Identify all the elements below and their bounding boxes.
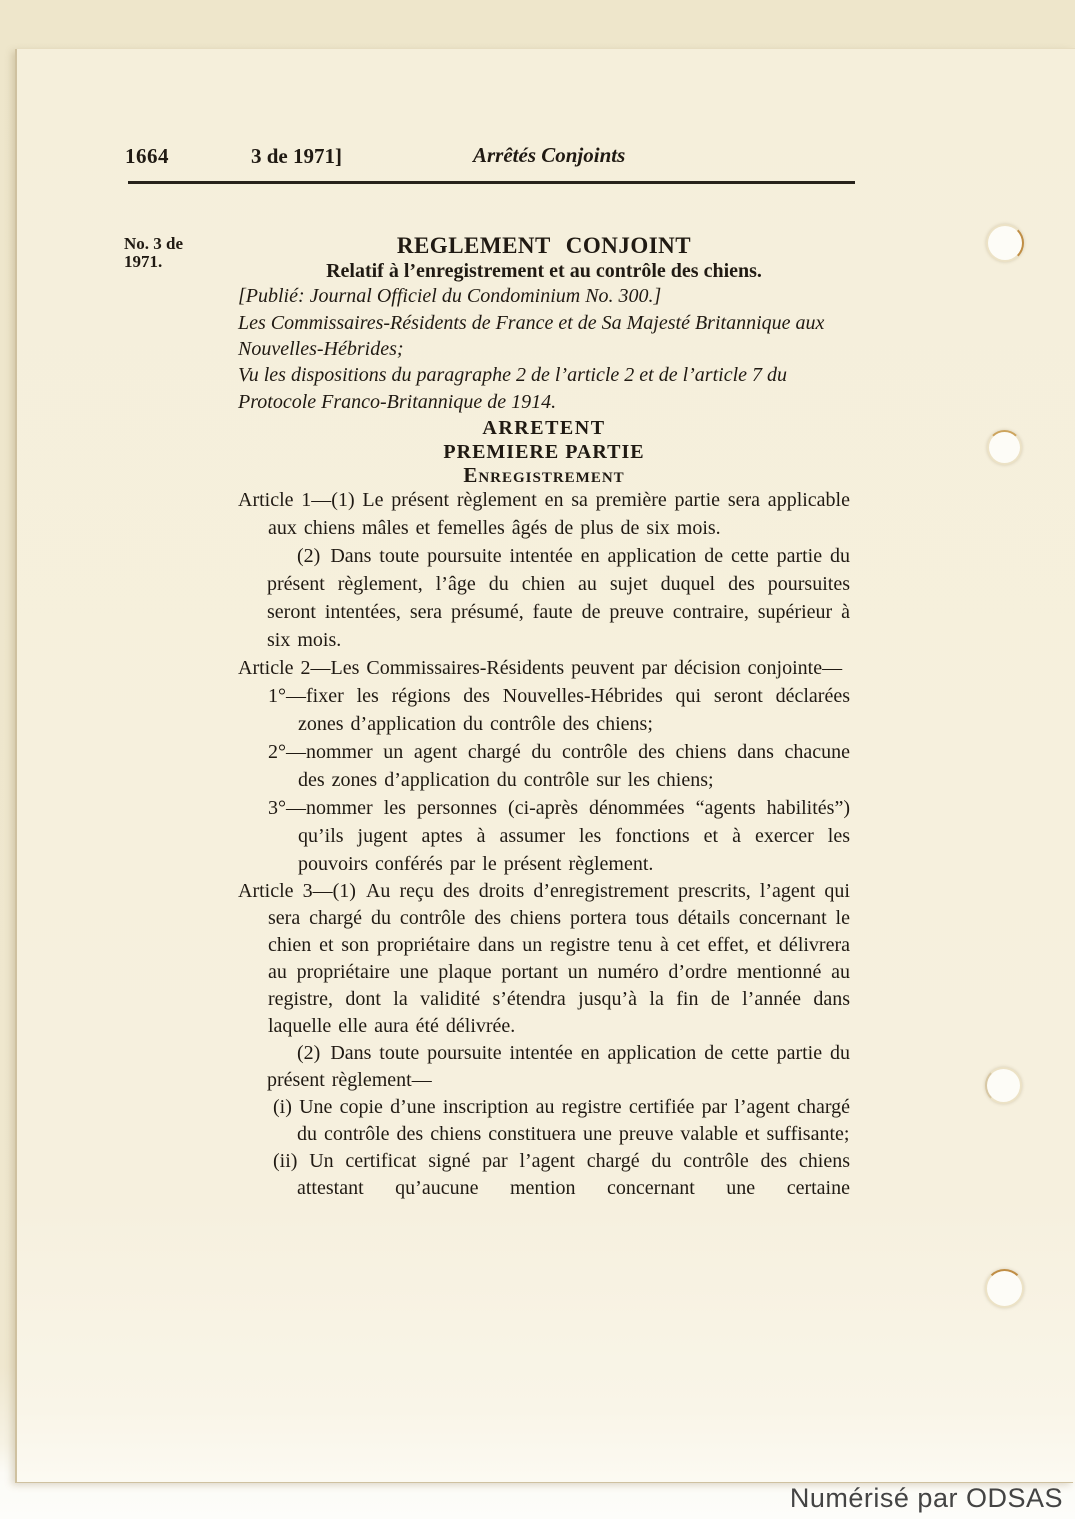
digitization-watermark: Numérisé par ODSAS	[790, 1483, 1063, 1514]
article-2-item-2: 2°—nommer un agent chargé du contrôle de…	[238, 738, 850, 794]
margin-note-line2: 1971.	[124, 253, 224, 271]
running-title: Arrêtés Conjoints	[473, 143, 625, 168]
article-3-item-i: (i) Une copie d’une inscription au regis…	[238, 1094, 850, 1148]
article-1-paragraph-2: (2) Dans toute poursuite intentée en app…	[238, 542, 850, 654]
issue-reference: 3 de 1971]	[251, 144, 342, 169]
regulation-subject: Relatif à l’enregistrement et au contrôl…	[238, 259, 850, 283]
section-heading: Enregistrement	[238, 464, 850, 486]
page-number: 1664	[125, 144, 169, 169]
punch-hole	[986, 224, 1024, 262]
margin-note: No. 3 de 1971.	[124, 235, 224, 271]
document-body: REGLEMENT CONJOINT Relatif à l’enregistr…	[238, 233, 850, 1202]
preamble-vu: Vu les dispositions du paragraphe 2 de l…	[238, 362, 850, 416]
header-rule	[128, 181, 855, 184]
article-2-item-1: 1°—fixer les régions des Nouvelles-Hébri…	[238, 682, 850, 738]
article-2-intro: Article 2—Les Commissaires-Résidents peu…	[238, 654, 850, 682]
article-3-item-ii: (ii) Un certificat signé par l’agent cha…	[238, 1148, 850, 1202]
article-3-paragraph-1: Article 3—(1) Au reçu des droits d’enreg…	[238, 878, 850, 1040]
enactment-heading: ARRETENT	[238, 416, 850, 440]
punch-hole	[987, 430, 1022, 465]
margin-note-line1: No. 3 de	[124, 235, 224, 253]
article-2-item-3: 3°—nommer les personnes (ci-après dénomm…	[238, 794, 850, 878]
document-page: 1664 3 de 1971] Arrêtés Conjoints No. 3 …	[17, 48, 1075, 1482]
punch-hole	[985, 1067, 1022, 1104]
punch-hole	[985, 1269, 1024, 1308]
article-3-paragraph-2: (2) Dans toute poursuite intentée en app…	[238, 1040, 850, 1094]
article-1-paragraph-1: Article 1—(1) Le présent règlement en sa…	[238, 486, 850, 542]
preamble-commissioners: Les Commissaires-Résidents de France et …	[238, 310, 850, 362]
regulation-title: REGLEMENT CONJOINT	[238, 233, 850, 259]
publication-note: [Publié: Journal Officiel du Condominium…	[238, 283, 850, 310]
part-heading: PREMIERE PARTIE	[238, 440, 850, 464]
